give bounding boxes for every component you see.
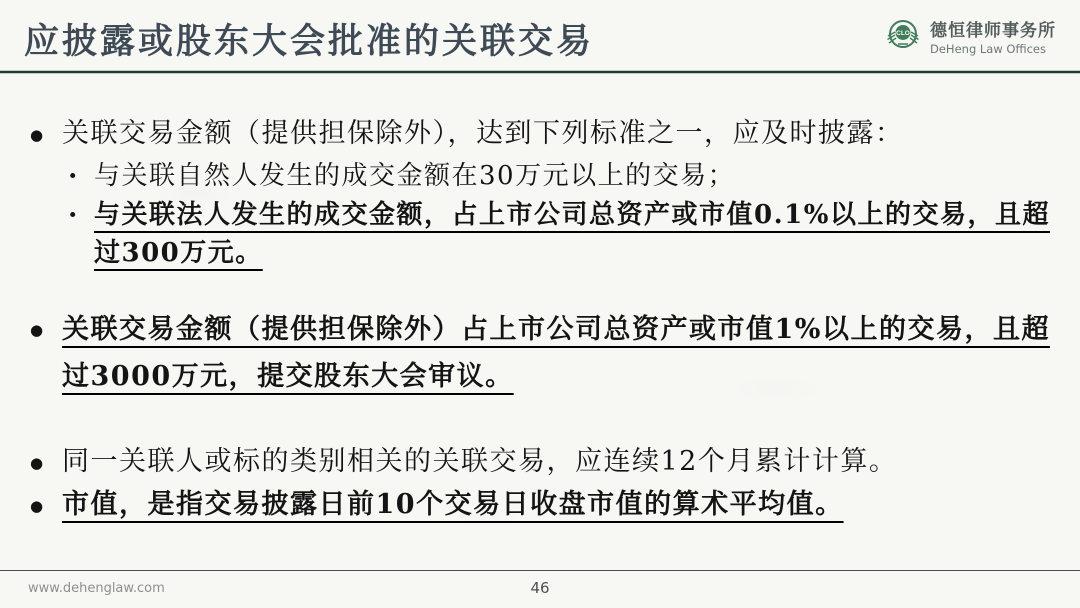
sub-bullet-item: · 与关联自然人发生的成交金额在30万元以上的交易； (68, 157, 1050, 196)
sub-bullet-icon: · (68, 196, 94, 235)
bullet-item: ● 关联交易金额（提供担保除外），达到下列标准之一，应及时披露： (30, 114, 1050, 155)
slide-footer: www.dehenglaw.com 46 (0, 570, 1080, 608)
logo-text: 德恒律师事务所 DeHeng Law Offices (930, 16, 1056, 56)
logo-name-cn: 德恒律师事务所 (930, 16, 1056, 41)
bullet-item-emphasized: ● 市值，是指交易披露日前10个交易日收盘市值的算术平均值。 (30, 485, 1050, 526)
slide-body: ● 关联交易金额（提供担保除外），达到下列标准之一，应及时披露： · 与关联自然… (0, 74, 1080, 526)
slide: 应披露或股东大会批准的关联交易 CLO 德恒律师事务所 DeHeng Law O… (0, 0, 1080, 608)
bullet-icon: ● (30, 442, 62, 483)
bullet-item: ● 同一关联人或标的类别相关的关联交易，应连续12个月累计计算。 (30, 442, 1050, 483)
bullet-text-emphasized: 市值，是指交易披露日前10个交易日收盘市值的算术平均值。 (62, 485, 1050, 525)
deheng-logo-icon: CLO (884, 16, 922, 56)
slide-header: 应披露或股东大会批准的关联交易 CLO 德恒律师事务所 DeHeng Law O… (0, 0, 1080, 70)
page-number: 46 (0, 579, 1080, 597)
logo-monogram: CLO (896, 30, 910, 37)
bullet-text: 关联交易金额（提供担保除外），达到下列标准之一，应及时披露： (62, 114, 1050, 154)
sub-bullet-text: 与关联自然人发生的成交金额在30万元以上的交易； (94, 157, 1050, 195)
logo-name-en: DeHeng Law Offices (930, 42, 1056, 56)
deheng-logo: CLO 德恒律师事务所 DeHeng Law Offices (884, 16, 1064, 56)
bullet-text: 同一关联人或标的类别相关的关联交易，应连续12个月累计计算。 (62, 442, 1050, 482)
bullet-text-emphasized: 关联交易金额（提供担保除外）占上市公司总资产或市值1%以上的交易，且超过3000… (62, 306, 1050, 400)
sub-bullet-item: · 与关联法人发生的成交金额，占上市公司总资产或市值0.1%以上的交易，且超过3… (68, 196, 1050, 272)
sub-bullet-icon: · (68, 157, 94, 196)
sub-bullet-text-emphasized: 与关联法人发生的成交金额，占上市公司总资产或市值0.1%以上的交易，且超过300… (94, 196, 1050, 272)
sub-bullet-list: · 与关联自然人发生的成交金额在30万元以上的交易； · 与关联法人发生的成交金… (68, 157, 1050, 272)
bullet-icon: ● (30, 485, 62, 526)
bullet-icon: ● (30, 306, 62, 354)
bullet-icon: ● (30, 114, 62, 155)
bullet-group-1: ● 关联交易金额（提供担保除外），达到下列标准之一，应及时披露： · 与关联自然… (30, 114, 1050, 272)
bullet-item-emphasized: ● 关联交易金额（提供担保除外）占上市公司总资产或市值1%以上的交易，且超过30… (30, 306, 1050, 400)
page-title: 应披露或股东大会批准的关联交易 (24, 14, 594, 64)
